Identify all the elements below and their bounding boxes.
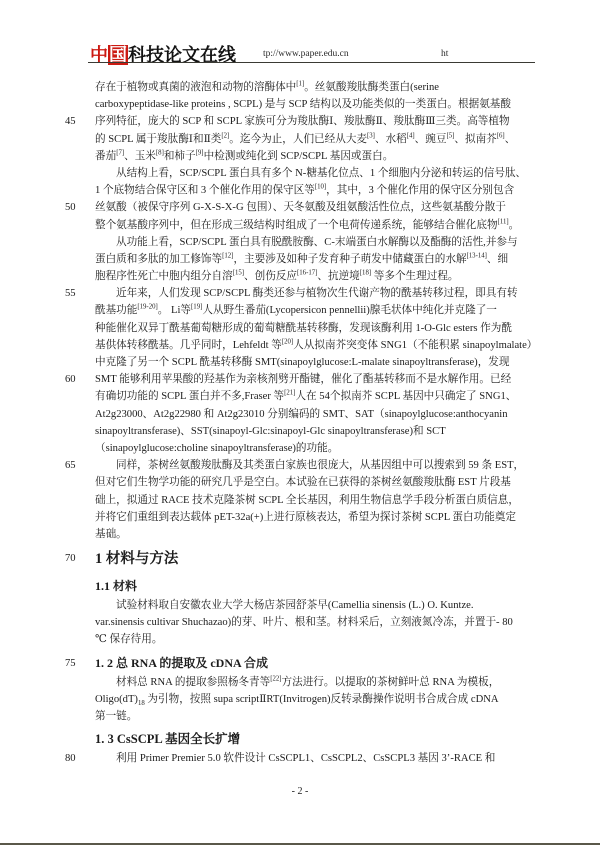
page-number: - 2 - (0, 786, 600, 797)
line-text: 但对它们生物学功能的研究几乎是空白。本试验在已获得的茶树丝氨酸羧肽酶 EST 片… (95, 477, 511, 488)
footer-divider (0, 843, 600, 845)
text-line: Oligo(dT)18 为引物，按照 supa scriptⅡRT(Invitr… (95, 691, 525, 708)
text-line: 基础。 (95, 526, 525, 543)
line-text: 序列特征，庞大的 SCP 和 SCPL 家族可分为羧肽酶Ⅰ、羧肽酶Ⅱ、羧肽酶Ⅲ三… (95, 116, 510, 127)
line-number: 65 (65, 457, 89, 474)
line-text: 1. 2 总 RNA 的提取及 cDNA 合成 (95, 656, 268, 670)
line-text: （sinapoylglucose:choline sinapoyltransfe… (95, 443, 338, 454)
header-url-fragment: ht (441, 49, 448, 59)
line-text: At2g23000、At2g22980 和 At2g23010 分别编码的 SM… (95, 409, 508, 420)
line-number: 60 (65, 371, 89, 388)
line-text: 材料总 RNA 的提取参照杨冬青等[22]方法进行。以提取的茶树鲜叶总 RNA … (95, 677, 499, 688)
line-number: 50 (65, 199, 89, 216)
line-text: SMT 能够利用苹果酸的羟基作为亲核剂劈开酯键，催化了酯基转移而不是水解作用。已… (95, 374, 511, 385)
line-number: 75 (65, 653, 89, 674)
line-text: 从功能上看，SCP/SCPL 蛋白具有脱酰胺酶、C-末端蛋白水解酶以及酯酶的活性… (95, 237, 518, 248)
text-line: 65同样，茶树丝氨酸羧肽酶及其类蛋白家族也很庞大，从基因组中可以搜索到 59 条… (95, 457, 525, 474)
line-text: 中克隆了另一个 SCPL 酰基转移酶 SMT(sinapoylglucose:L… (95, 357, 509, 368)
text-line: 基供体转移酰基。几乎同时，Lehfeldt 等[20]人从拟南芥突变体 SNG1… (95, 337, 525, 354)
line-text: 1. 3 CsSCPL 基因全长扩增 (95, 732, 240, 746)
line-text: 础上，拟通过 RACE 技术克隆茶树 SCPL 全长基因，利用生物信息学手段分析… (95, 495, 519, 506)
text-line: At2g23000、At2g22980 和 At2g23010 分别编码的 SM… (95, 406, 525, 423)
text-line: ℃ 保存待用。 (95, 631, 525, 648)
line-text: 丝氨酸（被保守序列 G-X-S-X-G 包围）、天冬氨酸及组氨酸活性位点，这些氨… (95, 202, 506, 213)
line-text: 的 SCPL 属于羧肽酶Ⅰ和Ⅱ类[2]。迄今为止，人们已经从大麦[3]、水稻[4… (95, 134, 515, 145)
content-lines: 存在于植物或真菌的液泡和动物的溶酶体中[1]。丝氨酸羧肽酶类蛋白(serinec… (95, 79, 525, 767)
text-line: 种能催化双异丁酰基葡萄糖形成的葡萄糖酰基转移酶，发现该酶利用 1-O-Glc e… (95, 320, 525, 337)
section-heading: 1.1 材料 (95, 576, 525, 597)
line-text: 酰基功能[19-20]。 Li等[19]人从野生番茄(Lycopersicon … (95, 305, 497, 316)
text-line: 材料总 RNA 的提取参照杨冬青等[22]方法进行。以提取的茶树鲜叶总 RNA … (95, 674, 525, 691)
line-text: 有确切功能的 SCPL 蛋白并不多,Fraser 等[21]人在 54个拟南芥 … (95, 391, 516, 402)
line-number: 70 (65, 546, 89, 572)
header-divider (88, 62, 535, 63)
text-line: 蛋白质和多肽的加工修饰等[12]，主要涉及如种子发育种子萌发中储藏蛋白的水解[1… (95, 251, 525, 268)
line-text: 并将它们重组到表达载体 pET-32a(+)上进行原核表达，希望为探讨茶树 SC… (95, 512, 516, 523)
line-text: 整个氨基酸序列中，但在形成三级结构时组成了一个电荷传递系统，能够结合催化底物[1… (95, 220, 519, 231)
line-text: ℃ 保存待用。 (95, 634, 162, 645)
text-line: 从功能上看，SCP/SCPL 蛋白具有脱酰胺酶、C-末端蛋白水解酶以及酯酶的活性… (95, 234, 525, 251)
line-text: var.sinensis cultivar Shuchazao)的芽、叶片、根和… (95, 617, 513, 628)
line-text: 第一链。 (95, 711, 137, 722)
line-text: 胞程序性死亡中胞内组分自溶[15]、创伤反应[16-17]、抗逆境[18] 等多… (95, 271, 459, 282)
site-logo: 中国科技论文在线 (90, 41, 236, 67)
line-text: 利用 Primer Premier 5.0 软件设计 CsSCPL1、CsSCP… (95, 753, 495, 764)
text-line: carboxypeptidase-like proteins , SCPL) 是… (95, 96, 525, 113)
line-number: 45 (65, 113, 89, 130)
text-line: 并将它们重组到表达载体 pET-32a(+)上进行原核表达，希望为探讨茶树 SC… (95, 509, 525, 526)
line-text: 蛋白质和多肽的加工修饰等[12]，主要涉及如种子发育种子萌发中储藏蛋白的水解[1… (95, 254, 508, 265)
text-line: 胞程序性死亡中胞内组分自溶[15]、创伤反应[16-17]、抗逆境[18] 等多… (95, 268, 525, 285)
line-text: 存在于植物或真菌的液泡和动物的溶酶体中[1]。丝氨酸羧肽酶类蛋白(serine (95, 82, 439, 93)
line-number: 55 (65, 285, 89, 302)
text-line: 存在于植物或真菌的液泡和动物的溶酶体中[1]。丝氨酸羧肽酶类蛋白(serine (95, 79, 525, 96)
text-line: 60SMT 能够利用苹果酸的羟基作为亲核剂劈开酯键，催化了酯基转移而不是水解作用… (95, 371, 525, 388)
text-line: 番茄[7]、玉米[8]和柿子[9]中检测或纯化到 SCP/SCPL 基因或蛋白。 (95, 148, 525, 165)
text-line: 酰基功能[19-20]。 Li等[19]人从野生番茄(Lycopersicon … (95, 302, 525, 319)
line-number: 80 (65, 750, 89, 767)
line-text: carboxypeptidase-like proteins , SCPL) 是… (95, 99, 511, 110)
text-line: 但对它们生物学功能的研究几乎是空白。本试验在已获得的茶树丝氨酸羧肽酶 EST 片… (95, 474, 525, 491)
line-text: 种能催化双异丁酰基葡萄糖形成的葡萄糖酰基转移酶，发现该酶利用 1-O-Glc e… (95, 323, 512, 334)
line-text: 1 个底物结合保守区和 3 个催化作用的保守区等[10]，其中，3 个催化作用的… (95, 185, 514, 196)
text-line: 55近年来，人们发现 SCP/SCPL 酶类还参与植物次生代谢产物的酰基转移过程… (95, 285, 525, 302)
text-line: 80利用 Primer Premier 5.0 软件设计 CsSCPL1、CsS… (95, 750, 525, 767)
line-text: 基供体转移酰基。几乎同时，Lehfeldt 等[20]人从拟南芥突变体 SNG1… (95, 340, 537, 351)
line-text: 同样，茶树丝氨酸羧肽酶及其类蛋白家族也很庞大，从基因组中可以搜索到 59 条 E… (95, 460, 524, 471)
section-heading: 1. 3 CsSCPL 基因全长扩增 (95, 729, 525, 750)
section-heading: 701 材料与方法 (95, 546, 525, 572)
text-line: 中克隆了另一个 SCPL 酰基转移酶 SMT(sinapoylglucose:L… (95, 354, 525, 371)
text-line: 有确切功能的 SCPL 蛋白并不多,Fraser 等[21]人在 54个拟南芥 … (95, 388, 525, 405)
text-line: sinapoyltransferase)、SST(sinapoyl-Glc:si… (95, 423, 525, 440)
text-line: 试验材料取自安徽农业大学大杨店茶园舒茶早(Camellia sinensis (… (95, 597, 525, 614)
text-line: 50丝氨酸（被保守序列 G-X-S-X-G 包围）、天冬氨酸及组氨酸活性位点，这… (95, 199, 525, 216)
line-text: Oligo(dT)18 为引物，按照 supa scriptⅡRT(Invitr… (95, 694, 499, 705)
line-text: 1 材料与方法 (95, 551, 178, 567)
text-line: 础上，拟通过 RACE 技术克隆茶树 SCPL 全长基因，利用生物信息学手段分析… (95, 492, 525, 509)
section-heading: 751. 2 总 RNA 的提取及 cDNA 合成 (95, 653, 525, 674)
line-text: 从结构上看，SCP/SCPL 蛋白具有多个 N-糖基化位点、1 个细胞内分泌和转… (95, 168, 526, 179)
header-url: tp://www.paper.edu.cn (263, 49, 349, 59)
paper-page: 中国科技论文在线 tp://www.paper.edu.cn ht 存在于植物或… (0, 0, 600, 851)
line-text: 试验材料取自安徽农业大学大杨店茶园舒茶早(Camellia sinensis (… (95, 600, 474, 611)
line-text: 番茄[7]、玉米[8]和柿子[9]中检测或纯化到 SCP/SCPL 基因或蛋白。 (95, 151, 393, 162)
line-text: 近年来，人们发现 SCP/SCPL 酶类还参与植物次生代谢产物的酰基转移过程，即… (95, 288, 518, 299)
line-text: 基础。 (95, 529, 127, 540)
text-line: 45序列特征，庞大的 SCP 和 SCPL 家族可分为羧肽酶Ⅰ、羧肽酶Ⅱ、羧肽酶… (95, 113, 525, 130)
text-line: 的 SCPL 属于羧肽酶Ⅰ和Ⅱ类[2]。迄今为止，人们已经从大麦[3]、水稻[4… (95, 131, 525, 148)
line-text: 1.1 材料 (95, 579, 137, 593)
text-line: var.sinensis cultivar Shuchazao)的芽、叶片、根和… (95, 614, 525, 631)
text-line: 1 个底物结合保守区和 3 个催化作用的保守区等[10]，其中，3 个催化作用的… (95, 182, 525, 199)
text-line: 第一链。 (95, 708, 525, 725)
text-line: 从结构上看，SCP/SCPL 蛋白具有多个 N-糖基化位点、1 个细胞内分泌和转… (95, 165, 525, 182)
text-line: 整个氨基酸序列中，但在形成三级结构时组成了一个电荷传递系统，能够结合催化底物[1… (95, 217, 525, 234)
text-line: （sinapoylglucose:choline sinapoyltransfe… (95, 440, 525, 457)
line-text: sinapoyltransferase)、SST(sinapoyl-Glc:si… (95, 426, 446, 437)
